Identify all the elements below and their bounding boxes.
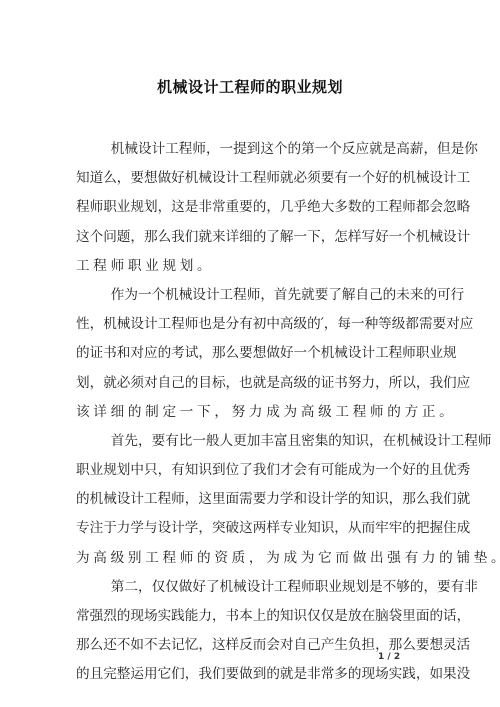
text-line: 工程师职业规划。 (76, 252, 424, 281)
text-line: 该详细的制定一下，努力成为高级工程师的方正。 (76, 398, 424, 427)
document-body: 机械设计工程师，一提到这个的第一个反应就是高薪，但是你 知道么，要想做好机械设计… (76, 135, 424, 690)
text-line: 作为一个机械设计工程师，首先就要了解自己的未来的可行 (76, 281, 424, 310)
text-line: 的机械设计工程师，这里面需要力学和设计学的知识，那么我们就 (76, 485, 424, 514)
text-line: 机械设计工程师，一提到这个的第一个反应就是高薪，但是你 (76, 135, 424, 164)
text-line: 划，就必须对自己的目标，也就是高级的证书努力，所以，我们应 (76, 369, 424, 398)
line-text: 为高级别工程师的资质，为成为它而做出强有力的铺垫。 (76, 544, 500, 573)
text-line: 这个问题，那么我们就来详细的了解一下，怎样写好一个机械设计 (76, 223, 424, 252)
document-page: 机械设计工程师的职业规划 机械设计工程师，一提到这个的第一个反应就是高薪，但是你… (0, 0, 500, 707)
text-line: 程师职业规划，这是非常重要的，几乎绝大多数的工程师都会忽略 (76, 193, 424, 222)
text-line: 职业规划中只，有知识到位了我们才会有可能成为一个好的且优秀 (76, 456, 424, 485)
text-line: 的证书和对应的考试，那么要想做好一个机械设计工程师职业规 (76, 339, 424, 368)
text-line: 首先，要有比一般人更加丰富且密集的知识，在机械设计工程师 (76, 427, 424, 456)
text-line: 为高级别工程师的资质，为成为它而做出强有力的铺垫。 (76, 544, 424, 573)
text-line: 第二，仅仅做好了机械设计工程师职业规划是不够的，要有非 (76, 573, 424, 602)
text-line: 的且完整运用它们，我们要做到的就是非常多的现场实践，如果没 (76, 660, 424, 689)
line-text: 工程师职业规划。 (76, 252, 214, 281)
text-line: 那么还不如不去记忆，这样反而会对自己产生负担，那么要想灵活 (76, 631, 424, 660)
line-text: 该详细的制定一下，努力成为高级工程师的方正。 (76, 398, 456, 427)
document-title: 机械设计工程师的职业规划 (0, 76, 500, 97)
text-line: 常强烈的现场实践能力，书本上的知识仅仅是放在脑袋里面的话， (76, 602, 424, 631)
text-line: 性，机械设计工程师也是分有初中高级的′，每一种等级都需要对应 (76, 310, 424, 339)
text-line: 专注于力学与设计学，突破这两样专业知识，从而牢牢的把握住成 (76, 514, 424, 543)
page-number: 1 / 2 (378, 652, 400, 662)
text-line: 知道么，要想做好机械设计工程师就必须要有一个好的机械设计工 (76, 164, 424, 193)
